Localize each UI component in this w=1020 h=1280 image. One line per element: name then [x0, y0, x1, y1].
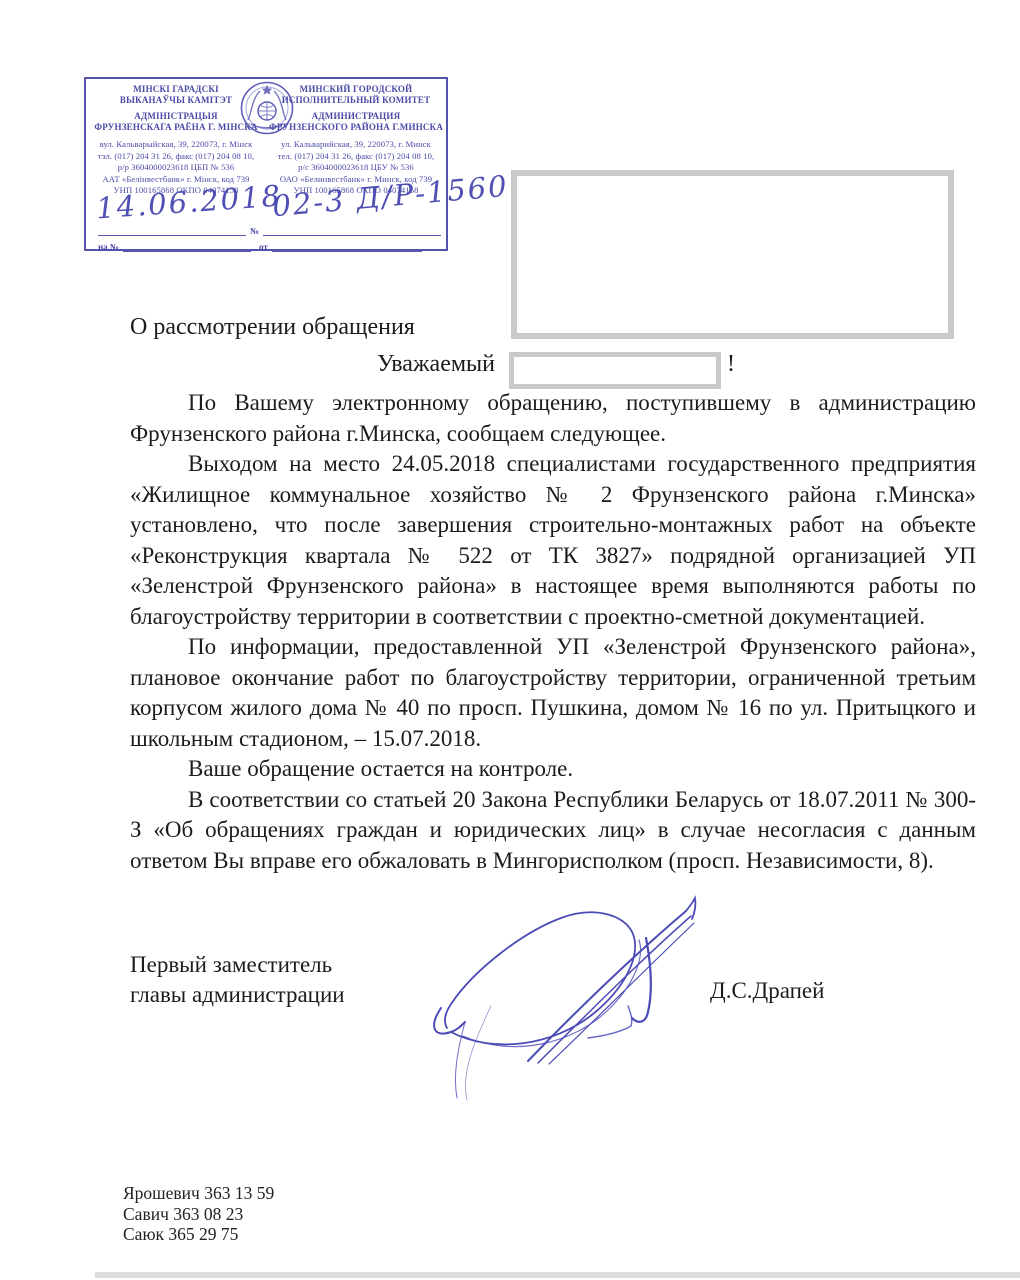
stamp-address-line: р/р 3604000023618 ЦБП № 536	[86, 162, 266, 174]
paragraph: Выходом на место 24.05.2018 специалистам…	[130, 449, 976, 632]
paragraph: В соответствии со статьей 20 Закона Респ…	[130, 785, 976, 877]
stamp-date-number-row: №	[98, 225, 442, 236]
stamp-address-line: ул. Кальварийская, 39, 220073, г. Минск	[266, 139, 446, 151]
salutation-exclamation: !	[727, 351, 735, 378]
number-sign-label: №	[250, 226, 259, 236]
paragraph: По информации, предоставленной УП «Зелен…	[130, 632, 976, 754]
stamp-address-line: тэл. (017) 204 31 26, факс (017) 204 08 …	[86, 151, 266, 163]
paragraph: Ваше обращение остается на контроле.	[130, 754, 976, 785]
stamp-reply-reference-row: на № от	[98, 241, 442, 252]
letterhead-stamp: МІНСКІ ГАРАДСКІ ВЫКАНАЎЧЫ КАМІТЭТ АДМІНІ…	[84, 77, 448, 251]
contact-line: Ярошевич 363 13 59	[123, 1183, 274, 1204]
handwritten-signature	[403, 886, 723, 1101]
signer-title-line: главы администрации	[130, 980, 345, 1010]
stamp-address-line: р/с 3604000023618 ЦБУ № 536	[266, 162, 446, 174]
reply-number-rule-line	[123, 241, 251, 252]
signer-title: Первый заместитель главы администрации	[130, 950, 345, 1010]
redacted-addressee-block	[511, 170, 954, 339]
salutation-text: Уважаемый	[377, 351, 495, 378]
contact-line: Саюк 365 29 75	[123, 1224, 274, 1245]
stamp-address-line: вул. Кальварыйская, 39, 220073, г. Мінск	[86, 139, 266, 151]
date-rule-line	[98, 225, 246, 236]
letter-body: По Вашему электронному обращению, поступ…	[130, 388, 976, 876]
executor-contacts: Ярошевич 363 13 59 Савич 363 08 23 Саюк …	[123, 1183, 274, 1245]
ot-label: от	[259, 242, 268, 252]
letter-subject: О рассмотрении обращения	[130, 314, 415, 341]
reply-date-rule-line	[272, 241, 422, 252]
signer-name: Д.С.Драпей	[710, 978, 824, 1004]
redacted-name-box	[509, 352, 721, 389]
contact-line: Савич 363 08 23	[123, 1204, 274, 1225]
belarus-coat-of-arms-icon	[239, 80, 295, 136]
signer-title-line: Первый заместитель	[130, 950, 345, 980]
paragraph: По Вашему электронному обращению, поступ…	[130, 388, 976, 449]
na-no-label: на №	[98, 242, 119, 252]
scan-artifact-band	[95, 1272, 1020, 1278]
number-rule-line	[263, 225, 441, 236]
stamp-address-line: тел. (017) 204 31 26, факс (017) 204 08 …	[266, 151, 446, 163]
